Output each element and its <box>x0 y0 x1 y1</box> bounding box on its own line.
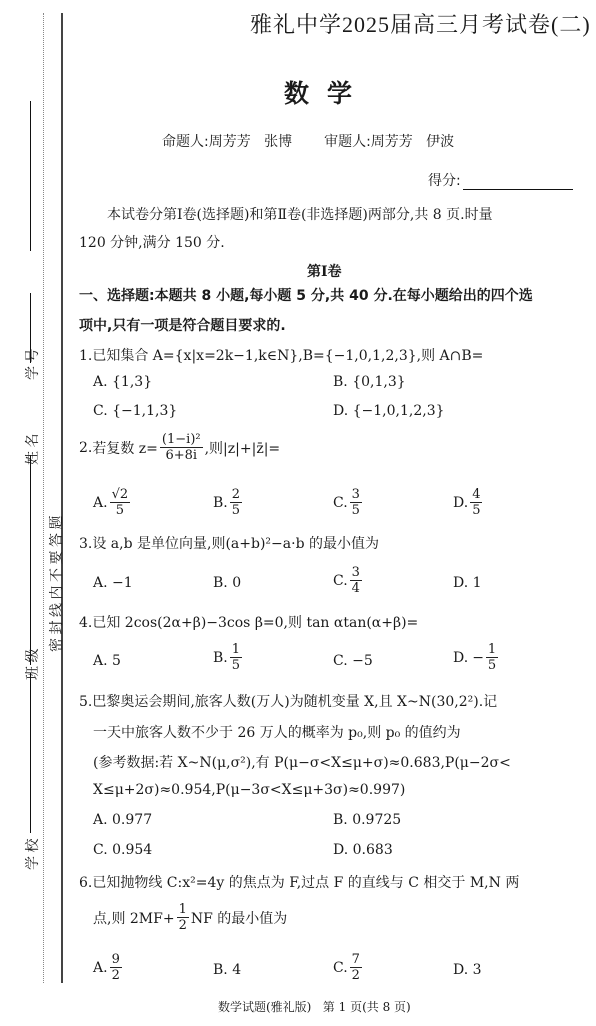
option-c[interactable]: C. 0.954 <box>93 842 152 858</box>
field-student-id-label: 学 号 <box>22 349 42 381</box>
part-1-instructions-line-1: 一、选择题:本题共 8 小题,每小题 5 分,共 40 分.在每小题给出的四个选 <box>79 285 533 305</box>
class-blank[interactable] <box>30 673 31 833</box>
fold-dotted-line <box>43 13 44 983</box>
question-number: 2. <box>79 440 92 456</box>
intro-line-1: 本试卷分第Ⅰ卷(选择题)和第Ⅱ卷(非选择题)两部分,共 8 页.时量 <box>107 201 493 229</box>
question-number: 3. <box>79 536 92 552</box>
score-label: 得分: <box>428 173 461 189</box>
option-d[interactable]: D.−15 <box>453 642 500 673</box>
subject-title: 数学 <box>284 74 370 110</box>
option-a[interactable]: A. 5 <box>93 653 121 669</box>
question-stem-pre: 若复数 z= <box>92 438 158 458</box>
score-field: 得分: <box>428 170 573 190</box>
question-number: 6. <box>79 875 92 891</box>
question-stem-line-3: (参考数据:若 X~N(μ,σ²),有 P(μ−σ<X≤μ+σ)≈0.683,P… <box>93 752 511 772</box>
reviewer-label: 审题人: <box>324 134 371 150</box>
option-a[interactable]: A. −1 <box>93 575 133 591</box>
question-stem-line-2: 点,则 2MF+ 12 NF 的最小值为 <box>93 902 287 933</box>
field-name-label: 姓 名 <box>22 434 42 466</box>
field-school-label: 学 校 <box>22 839 42 871</box>
option-c[interactable]: C.34 <box>333 565 364 596</box>
option-b[interactable]: B. 0.9725 <box>333 812 401 828</box>
option-b[interactable]: B.25 <box>213 487 244 518</box>
question-stem-post: ,则|z|+|z̄|= <box>205 438 281 458</box>
exam-title: 雅礼中学2025届高三月考试卷(二) <box>250 8 591 39</box>
option-b[interactable]: B. 4 <box>213 962 241 978</box>
question-number: 4. <box>79 615 92 631</box>
option-d[interactable]: D. 3 <box>453 962 482 978</box>
page-footer: 数学试题(雅礼版) 第 1 页(共 8 页) <box>218 998 411 1015</box>
student-id-blank[interactable] <box>30 101 31 251</box>
option-c[interactable]: C. {−1,1,3} <box>93 403 177 419</box>
seal-notice: 密 封 线 内 不 要 答 题 <box>46 516 66 653</box>
option-a[interactable]: A.√25 <box>93 487 132 518</box>
question-stem-line-1: 已知抛物线 C:x²=4y 的焦点为 F,过点 F 的直线与 C 相交于 M,N… <box>92 875 519 891</box>
question-number: 5. <box>79 694 92 710</box>
name-blank[interactable] <box>30 455 31 665</box>
question-stem: 已知 2cos(2α+β)−3cos β=0,则 tan αtan(α+β)= <box>92 615 418 631</box>
question-stem-line-4: X≤μ+2σ)≈0.954,P(μ−3σ<X≤μ+3σ)≈0.997) <box>93 782 405 798</box>
option-c[interactable]: C.35 <box>333 487 364 518</box>
score-blank[interactable] <box>463 175 573 190</box>
part-1-instructions-line-2: 项中,只有一项是符合题目要求的. <box>79 315 286 335</box>
student-id-blank-upper <box>30 293 31 363</box>
option-d[interactable]: D. 0.683 <box>333 842 393 858</box>
question-number: 1. <box>79 348 92 364</box>
part-1-title: 第Ⅰ卷 <box>307 261 342 281</box>
intro-line-2: 120 分钟,满分 150 分. <box>79 229 225 257</box>
option-a[interactable]: A.92 <box>93 952 124 983</box>
question-stem-line-2: 一天中旅客人数不少于 26 万人的概率为 p₀,则 p₀ 的值约为 <box>93 722 461 742</box>
question-stem: 设 a,b 是单位向量,则(a+b)²−a·b 的最小值为 <box>92 536 379 552</box>
option-b[interactable]: B. {0,1,3} <box>333 374 406 390</box>
authors-line: 命题人:周芳芳 张博审题人:周芳芳 伊波 <box>162 131 464 151</box>
question-stem: 已知集合 A={x|x=2k−1,k∈N},B={−1,0,1,2,3},则 A… <box>92 348 483 364</box>
option-a[interactable]: A. 0.977 <box>93 812 152 828</box>
fraction: (1−i)²6+8i <box>160 432 203 463</box>
option-b[interactable]: B. 0 <box>213 575 241 591</box>
seal-line <box>61 13 63 983</box>
option-c[interactable]: C. −5 <box>333 653 373 669</box>
option-d[interactable]: D. {−1,0,1,2,3} <box>333 403 445 419</box>
option-d[interactable]: D.45 <box>453 487 484 518</box>
option-b[interactable]: B.15 <box>213 642 244 673</box>
setters: 周芳芳 张博 <box>209 134 292 150</box>
reviewers: 周芳芳 伊波 <box>371 134 454 150</box>
question-stem-line-1: 巴黎奥运会期间,旅客人数(万人)为随机变量 X,且 X~N(30,2²).记 <box>92 694 497 710</box>
option-a[interactable]: A. {1,3} <box>93 374 152 390</box>
setter-label: 命题人: <box>162 134 209 150</box>
field-class-label: 班 级 <box>22 649 42 681</box>
option-c[interactable]: C.72 <box>333 952 364 983</box>
option-d[interactable]: D. 1 <box>453 575 482 591</box>
